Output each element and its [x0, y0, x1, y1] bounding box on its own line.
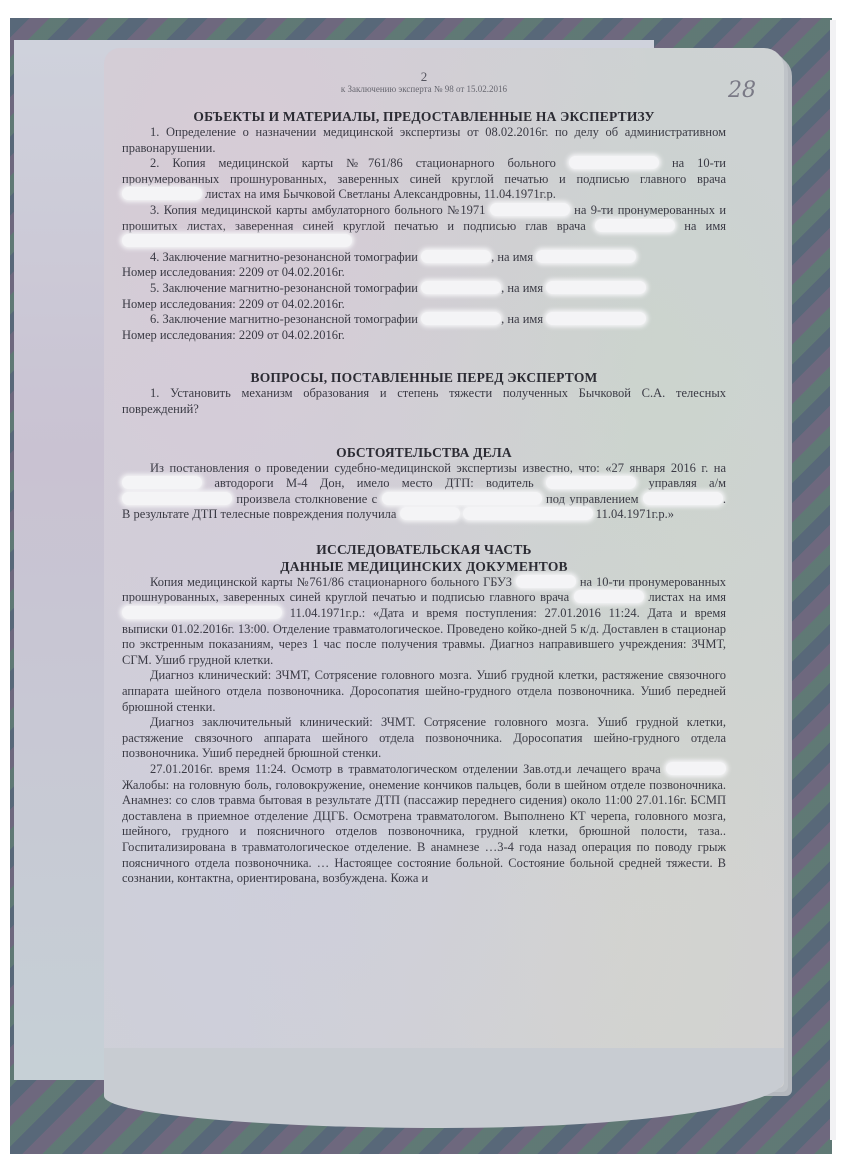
- redaction: [122, 476, 202, 489]
- object-item-4: 4. Заключение магнитно-резонансной томог…: [122, 250, 726, 281]
- redaction: [595, 219, 675, 232]
- section-title-research: ИССЛЕДОВАТЕЛЬСКАЯ ЧАСТЬ: [122, 541, 726, 558]
- section-title-circumstances: ОБСТОЯТЕЛЬСТВА ДЕЛА: [122, 444, 726, 461]
- redaction: [421, 281, 501, 294]
- object-item-6: 6. Заключение магнитно-резонансной томог…: [122, 312, 726, 343]
- object-item-3: 3. Копия медицинской карты амбулаторного…: [122, 203, 726, 250]
- object-item-2: 2. Копия медицинской карты №761/86 стаци…: [122, 156, 726, 203]
- redaction: [490, 203, 570, 216]
- redaction: [666, 762, 726, 775]
- redaction: [122, 187, 202, 200]
- section-circumstances: ОБСТОЯТЕЛЬСТВА ДЕЛА Из постановления о п…: [122, 444, 726, 523]
- object-item-5: 5. Заключение магнитно-резонансной томог…: [122, 281, 726, 312]
- scan-edge: [830, 20, 836, 1140]
- redaction: [546, 312, 646, 325]
- research-paragraph-2: Диагноз клинический: ЗЧМТ, Сотрясение го…: [122, 668, 726, 715]
- section-objects: ОБЪЕКТЫ И МАТЕРИАЛЫ, ПРЕДОСТАВЛЕННЫЕ НА …: [122, 108, 726, 343]
- redaction: [122, 606, 282, 619]
- page-number: 2: [122, 70, 726, 84]
- redaction: [546, 281, 646, 294]
- redaction: [463, 507, 593, 520]
- redaction: [569, 156, 659, 169]
- header-note: к Заключению эксперта № 98 от 15.02.2016: [122, 84, 726, 94]
- page-content: 28 2 к Заключению эксперта № 98 от 15.02…: [122, 70, 726, 887]
- redaction: [421, 312, 501, 325]
- redaction: [546, 476, 636, 489]
- section-subtitle-medical-documents: ДАННЫЕ МЕДИЦИНСКИХ ДОКУМЕНТОВ: [122, 558, 726, 575]
- object-item-1: 1. Определение о назначении медицинской …: [122, 125, 726, 156]
- handwritten-sheet-number: 28: [728, 78, 756, 103]
- circumstances-text: Из постановления о проведении судебно-ме…: [122, 461, 726, 523]
- question-1: 1. Установить механизм образования и сте…: [122, 386, 726, 417]
- research-paragraph-4: 27.01.2016г. время 11:24. Осмотр в травм…: [122, 762, 726, 887]
- redaction: [382, 492, 542, 505]
- redaction: [536, 250, 636, 263]
- section-questions: ВОПРОСЫ, ПОСТАВЛЕННЫЕ ПЕРЕД ЭКСПЕРТОМ 1.…: [122, 369, 726, 417]
- section-research: ИССЛЕДОВАТЕЛЬСКАЯ ЧАСТЬ ДАННЫЕ МЕДИЦИНСК…: [122, 541, 726, 887]
- section-title-questions: ВОПРОСЫ, ПОСТАВЛЕННЫЕ ПЕРЕД ЭКСПЕРТОМ: [122, 369, 726, 386]
- redaction: [643, 492, 723, 505]
- redaction: [574, 590, 644, 603]
- redaction: [122, 234, 352, 247]
- section-title-objects: ОБЪЕКТЫ И МАТЕРИАЛЫ, ПРЕДОСТАВЛЕННЫЕ НА …: [122, 108, 726, 125]
- redaction: [122, 492, 232, 505]
- document-page: 28 2 к Заключению эксперта № 98 от 15.02…: [104, 48, 784, 1088]
- redaction: [421, 250, 491, 263]
- redaction: [516, 575, 576, 588]
- research-paragraph-1: Копия медицинской карты №761/86 стациона…: [122, 575, 726, 669]
- redaction: [400, 507, 460, 520]
- research-paragraph-3: Диагноз заключительный клинический: ЗЧМТ…: [122, 715, 726, 762]
